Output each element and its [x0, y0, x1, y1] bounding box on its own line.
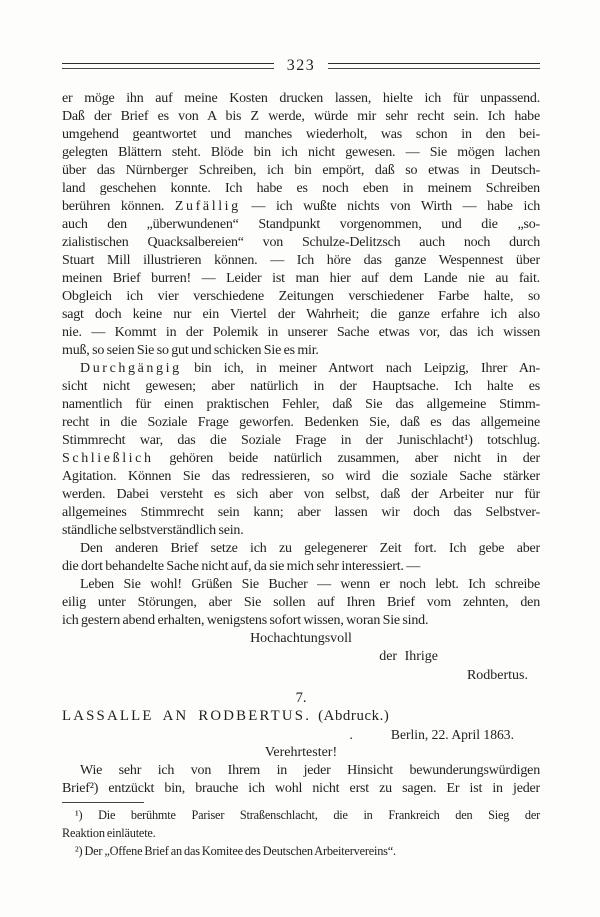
text-line: Wie sehr ich von Ihrem in jeder Hinsicht…: [62, 762, 540, 780]
emphasized-text: Zufällig: [175, 199, 241, 214]
text-segment: Stimmrecht war, das die Soziale Frage in…: [62, 433, 540, 448]
text-segment: — ich wußte nichts von Wirth — habe ich: [241, 199, 540, 214]
closing-sender-phrase: der Ihrige: [62, 648, 540, 666]
text-line: umgehend geantwortet und manches wiederh…: [62, 126, 540, 144]
footnote: ²) Der „Offene Brief an das Komitee des …: [62, 842, 540, 860]
text-line: Stuart Mill illustrieren können. — Ich h…: [62, 252, 540, 270]
book-page-scan: 323 er möge ihn auf meine Kosten drucken…: [0, 0, 600, 917]
dateline-text: Berlin, 22. April 1863.: [391, 727, 514, 742]
text-line: Reaktion einläutete.: [62, 824, 540, 842]
dateline: .Berlin, 22. April 1863.: [62, 726, 540, 744]
text-line: namentlich für einen praktischen Fehler,…: [62, 396, 540, 414]
letter-closing: Hochachtungsvoll der Ihrige Rodbertus.: [62, 630, 540, 685]
paragraph: Den anderen Brief setze ich zu gelegener…: [62, 540, 540, 576]
text-segment: Brief²) entzückt bin, brauche ich wohl n…: [62, 781, 540, 796]
heading-note: (Abdruck.): [318, 708, 389, 724]
text-segment: berühren können.: [62, 199, 175, 214]
text-line: er möge ihn auf meine Kosten drucken las…: [62, 90, 540, 108]
text-line: eilig unter Störungen, aber Sie sollen a…: [62, 594, 540, 612]
paragraph-continuation: er möge ihn auf meine Kosten drucken las…: [62, 90, 540, 360]
text-line: Obgleich ich vier verschiedene Zeitungen…: [62, 288, 540, 306]
text-segment: bin ich, in meiner Antwort nach Leipzig,…: [182, 361, 540, 376]
text-segment: Reaktion einläutete.: [62, 826, 156, 840]
text-segment: gehören beide natürlich zusammen, aber n…: [154, 451, 540, 466]
text-segment: werden. Dabei versteht es sich aber von …: [62, 487, 540, 502]
text-line: Den anderen Brief setze ich zu gelegener…: [62, 540, 540, 558]
text-segment: allgemeines Stimmrecht sein kann; aber l…: [62, 505, 540, 520]
text-line: allgemeines Stimmrecht sein kann; aber l…: [62, 504, 540, 522]
footnote-block: ¹) Die berühmte Pariser Straßenschlacht,…: [62, 802, 540, 860]
text-line: Stimmrecht war, das die Soziale Frage in…: [62, 432, 540, 450]
text-line: zialistischen Quacksalbereien“ von Schul…: [62, 234, 540, 252]
header-rule-left: [62, 63, 274, 69]
text-segment: eilig unter Störungen, aber Sie sollen a…: [62, 595, 540, 610]
text-segment: meinen Brief burren! — Leider ist man hi…: [62, 271, 540, 286]
header-rule-right: [328, 63, 540, 69]
text-segment: ich gestern abend erhalten, wenigstens s…: [62, 613, 428, 628]
text-segment: er möge ihn auf meine Kosten drucken las…: [62, 91, 540, 106]
text-line: werden. Dabei versteht es sich aber von …: [62, 486, 540, 504]
text-segment: die dort behandelte Sache nicht auf, da …: [62, 559, 420, 574]
text-line: über das Nürnberger Schreiben, ich bin e…: [62, 162, 540, 180]
text-line: Leben Sie wohl! Grüßen Sie Bucher — wenn…: [62, 576, 540, 594]
letter-rodbertus-body: er möge ihn auf meine Kosten drucken las…: [62, 90, 540, 860]
text-line: die dort behandelte Sache nicht auf, da …: [62, 558, 540, 576]
text-line: ¹) Die berühmte Pariser Straßenschlacht,…: [62, 806, 540, 824]
text-line: sicht nicht gewesen; aber natürlich in d…: [62, 378, 540, 396]
salutation: Verehrtester!: [62, 744, 540, 762]
text-line: berühren können. Zufällig — ich wußte ni…: [62, 198, 540, 216]
paragraph: Leben Sie wohl! Grüßen Sie Bucher — wenn…: [62, 576, 540, 630]
text-line: ständliche selbstverständlich sein.: [62, 522, 540, 540]
text-segment: Wie sehr ich von Ihrem in jeder Hinsicht…: [80, 763, 540, 778]
text-segment: namentlich für einen praktischen Fehler,…: [62, 397, 540, 412]
text-segment: sagt doch keine nur ein Viertel der Wahr…: [62, 307, 540, 322]
paragraph: Durchgängig bin ich, in meiner Antwort n…: [62, 360, 540, 540]
text-segment: über das Nürnberger Schreiben, ich bin e…: [62, 163, 540, 178]
text-segment: sicht nicht gewesen; aber natürlich in d…: [62, 379, 540, 394]
section-number: 7.: [62, 689, 540, 707]
text-segment: Daß der Brief es von A bis Z werde, würd…: [62, 109, 540, 124]
text-line: meinen Brief burren! — Leider ist man hi…: [62, 270, 540, 288]
paragraph: Wie sehr ich von Ihrem in jeder Hinsicht…: [62, 762, 540, 798]
footnote: ¹) Die berühmte Pariser Straßenschlacht,…: [62, 806, 540, 842]
text-line: ²) Der „Offene Brief an das Komitee des …: [62, 842, 540, 860]
signature-name: Rodbertus.: [62, 667, 540, 685]
text-line: recht in die Soziale Frage geworfen. Bed…: [62, 414, 540, 432]
text-segment: land geschehen konnte. Ich habe es noch …: [62, 181, 540, 196]
text-line: land geschehen konnte. Ich habe es noch …: [62, 180, 540, 198]
text-line: muß, so seien Sie so gut und schicken Si…: [62, 342, 540, 360]
text-segment: gelegten Blättern steht. Blöde bin ich n…: [62, 145, 540, 160]
text-segment: Leben Sie wohl! Grüßen Sie Bucher — wenn…: [80, 577, 540, 592]
letter-heading: LASSALLE AN RODBERTUS.(Abdruck.): [62, 707, 540, 726]
stray-dot: .: [350, 727, 353, 742]
footnote-separator: [62, 802, 144, 803]
text-segment: zialistischen Quacksalbereien“ von Schul…: [62, 235, 540, 250]
text-line: Agitation. Können Sie das redressieren, …: [62, 468, 540, 486]
running-head: 323: [62, 58, 540, 74]
text-line: nie. — Kommt in der Polemik in unserer S…: [62, 324, 540, 342]
text-segment: Obgleich ich vier verschiedene Zeitungen…: [62, 289, 540, 304]
text-segment: muß, so seien Sie so gut und schicken Si…: [62, 343, 319, 358]
emphasized-text: Durchgängig: [80, 361, 182, 376]
text-line: Schließlich gehören beide natürlich zusa…: [62, 450, 540, 468]
text-line: Daß der Brief es von A bis Z werde, würd…: [62, 108, 540, 126]
text-segment: Den anderen Brief setze ich zu gelegener…: [80, 541, 540, 556]
heading-addressee: LASSALLE AN RODBERTUS.: [62, 708, 311, 724]
closing-formula: Hochachtungsvoll: [62, 630, 540, 648]
text-segment: umgehend geantwortet und manches wiederh…: [62, 127, 540, 142]
text-line: ich gestern abend erhalten, wenigstens s…: [62, 612, 540, 630]
text-line: gelegten Blättern steht. Blöde bin ich n…: [62, 144, 540, 162]
text-line: Brief²) entzückt bin, brauche ich wohl n…: [62, 780, 540, 798]
text-line: sagt doch keine nur ein Viertel der Wahr…: [62, 306, 540, 324]
text-segment: ²) Der „Offene Brief an das Komitee des …: [75, 844, 396, 858]
text-segment: Agitation. Können Sie das redressieren, …: [62, 469, 540, 484]
emphasized-text: Schließlich: [62, 451, 154, 466]
text-segment: auch den „überwundenen“ Standpunkt vorge…: [62, 217, 540, 232]
text-line: auch den „überwundenen“ Standpunkt vorge…: [62, 216, 540, 234]
text-line: Durchgängig bin ich, in meiner Antwort n…: [62, 360, 540, 378]
text-segment: ständliche selbstverständlich sein.: [62, 523, 244, 538]
text-segment: ¹) Die berühmte Pariser Straßenschlacht,…: [75, 808, 540, 822]
page-number: 323: [284, 58, 319, 74]
text-segment: nie. — Kommt in der Polemik in unserer S…: [62, 325, 540, 340]
text-segment: recht in die Soziale Frage geworfen. Bed…: [62, 415, 540, 430]
text-segment: Stuart Mill illustrieren können. — Ich h…: [62, 253, 540, 268]
